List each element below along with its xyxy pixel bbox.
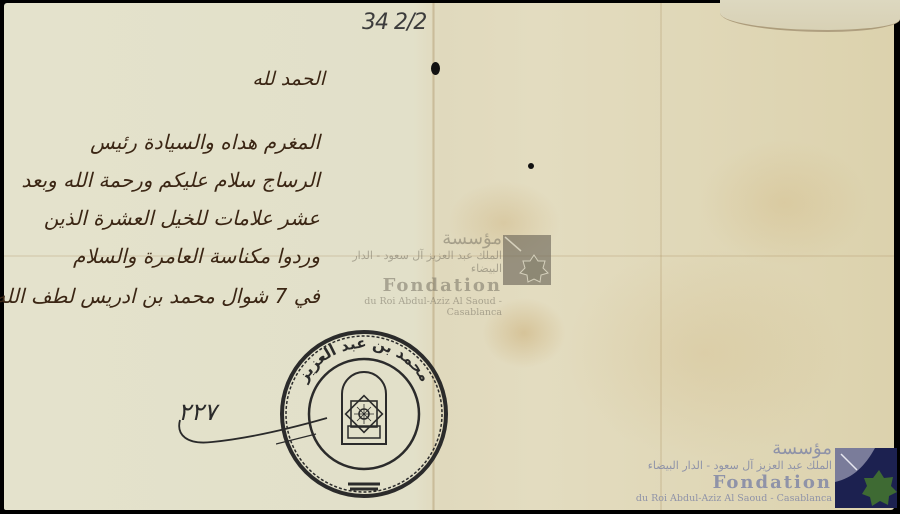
watermark-french-subtitle: du Roi Abdul-Aziz Al Saoud - Casablanca [330, 296, 502, 318]
watermark-french-subtitle: du Roi Abdul-Aziz Al Saoud - Casablanca [610, 493, 832, 504]
watermark-arabic-subtitle: الملك عبد العزيز آل سعود - الدار البيضاء [610, 459, 832, 472]
ink-spot [528, 163, 534, 169]
text-line-1: الحمد لله [252, 68, 325, 90]
punch-hole [431, 62, 440, 75]
watermark-arabic-title: مؤسسة [610, 438, 832, 459]
foundation-logo [835, 448, 897, 508]
text-line-3: الرساج سلام عليكم ورحمة الله وبعد [21, 168, 320, 192]
archive-number: 34 2/2 [362, 10, 426, 35]
watermark-foundation: مؤسسة الملك عبد العزيز آل سعود - الدار ا… [610, 438, 832, 504]
star-icon [862, 470, 897, 506]
text-line-4: عشر علامات للخيل العشرة الذين [44, 206, 320, 230]
watermark-faded: مؤسسة الملك عبد العزيز آل سعود - الدار ا… [330, 228, 502, 318]
text-line-6: في 7 شوال محمد بن ادريس لطف الله به [0, 284, 320, 308]
watermark-logo-faded [503, 235, 551, 285]
wax-seal-stamp: محمد بن عبد العزيز [276, 326, 452, 502]
watermark-french-title: Fondation [610, 472, 832, 493]
handwritten-text: الحمد لله المغرم هداه والسيادة رئيس الرس… [10, 68, 320, 348]
watermark-arabic-subtitle: الملك عبد العزيز آل سعود - الدار البيضاء [330, 249, 502, 275]
text-line-5: وردوا مكناسة العامرة والسلام [73, 244, 320, 268]
watermark-arabic-title: مؤسسة [330, 228, 502, 249]
watermark-french-title: Fondation [330, 275, 502, 296]
text-line-2: المغرم هداه والسيادة رئيس [90, 130, 320, 154]
